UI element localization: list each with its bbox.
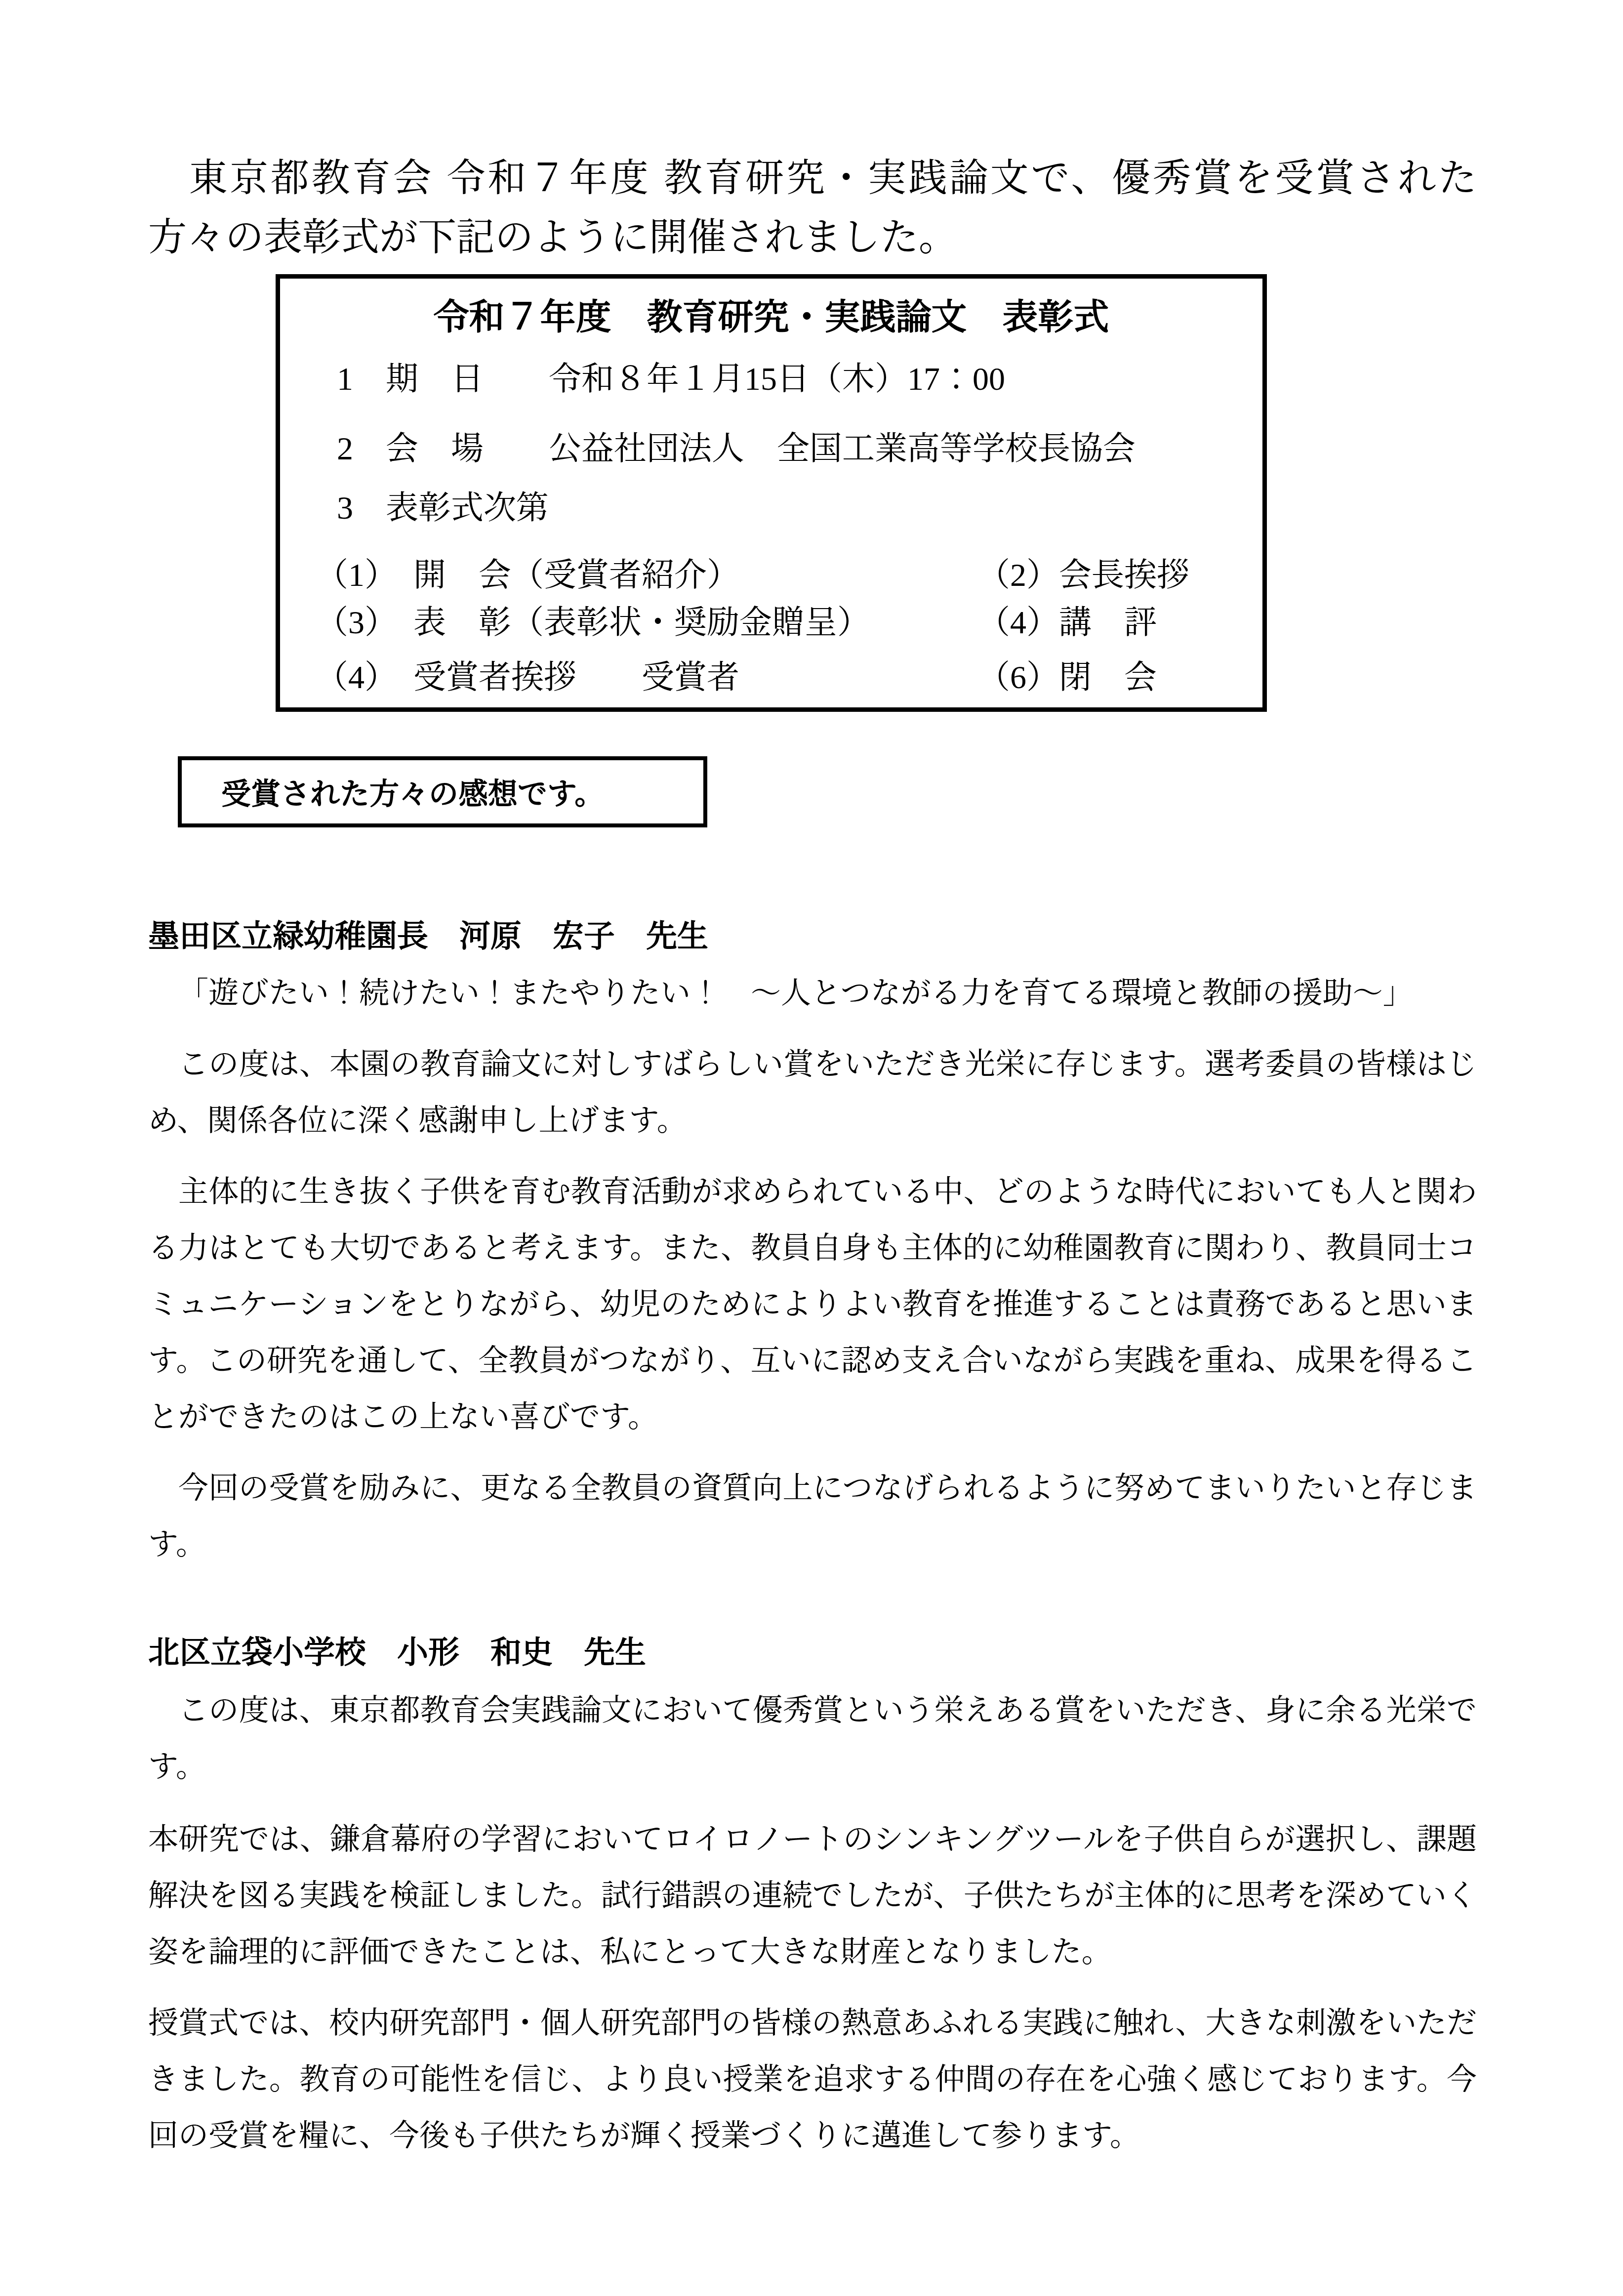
comments-label-box: 受賞された方々の感想です。: [178, 756, 707, 827]
program-item-commendation: （3） 表 彰（表彰状・奨励金贈呈）: [316, 599, 977, 647]
program-row: （1） 開 会（受賞者紹介） （2）会長挨拶: [316, 552, 1262, 599]
section-heading-ogata: 北区立袋小学校 小形 和史 先生: [148, 1630, 1477, 1675]
section-paragraph: 今回の受賞を励みに、更なる全教員の資質向上につなげられるように努めてまいりたいと…: [148, 1461, 1477, 1573]
section-paragraph: 本研究では、鎌倉幕府の学習においてロイロノートのシンキングツールを子供自らが選択…: [148, 1812, 1477, 1981]
section-paragraph: 主体的に生き抜く子供を育む教育活動が求められている中、どのような時代においても人…: [148, 1164, 1477, 1446]
comments-label: 受賞された方々の感想です。: [221, 771, 604, 813]
section-paragraph: この度は、東京都教育会実践論文において優秀賞という栄えある賞をいただき、身に余る…: [148, 1683, 1477, 1796]
ceremony-items: 1 期 日 令和８年１月15日（木）17：00 2 会 場 公益社団法人 全国工…: [280, 356, 1262, 532]
page-content: 東京都教育会 令和７年度 教育研究・実践論文で、優秀賞を受賞された方々の表彰式が…: [148, 148, 1477, 2165]
section-paragraph: この度は、本園の教育論文に対しすばらしい賞をいただき光栄に存じます。選考委員の皆…: [148, 1037, 1477, 1149]
program-item-review: （4）講 評: [977, 599, 1157, 647]
document-page: 東京都教育会 令和７年度 教育研究・実践論文で、優秀賞を受賞された方々の表彰式が…: [0, 0, 1623, 2296]
ceremony-program: （1） 開 会（受賞者紹介） （2）会長挨拶 （3） 表 彰（表彰状・奨励金贈呈…: [280, 552, 1262, 701]
ceremony-item-date: 1 期 日 令和８年１月15日（木）17：00: [337, 356, 1262, 403]
program-row: （3） 表 彰（表彰状・奨励金贈呈） （4）講 評: [316, 599, 1262, 647]
intro-heading: 東京都教育会 令和７年度 教育研究・実践論文で、優秀賞を受賞された方々の表彰式が…: [148, 148, 1477, 267]
ceremony-box-title: 令和７年度 教育研究・実践論文 表彰式: [280, 293, 1262, 341]
section-paragraph: 授賞式では、校内研究部門・個人研究部門の皆様の熱意あふれる実践に触れ、大きな刺激…: [148, 1996, 1477, 2165]
ceremony-item-program-header: 3 表彰式次第: [337, 485, 1262, 532]
program-item-opening: （1） 開 会（受賞者紹介）: [316, 552, 977, 599]
section-paper-title: 「遊びたい！続けたい！またやりたい！ ～人とつながる力を育てる環境と教師の援助～…: [148, 966, 1477, 1022]
program-item-president-greeting: （2）会長挨拶: [977, 552, 1189, 599]
program-row: （4） 受賞者挨拶 受賞者 （6）閉 会: [316, 654, 1262, 701]
program-item-recipient-greeting: （4） 受賞者挨拶 受賞者: [316, 654, 977, 701]
section-heading-kawahara: 墨田区立緑幼稚園長 河原 宏子 先生: [148, 914, 1477, 958]
ceremony-item-venue: 2 会 場 公益社団法人 全国工業高等学校長協会: [337, 425, 1262, 473]
program-item-closing: （6）閉 会: [977, 654, 1157, 701]
ceremony-box: 令和７年度 教育研究・実践論文 表彰式 1 期 日 令和８年１月15日（木）17…: [276, 274, 1267, 712]
